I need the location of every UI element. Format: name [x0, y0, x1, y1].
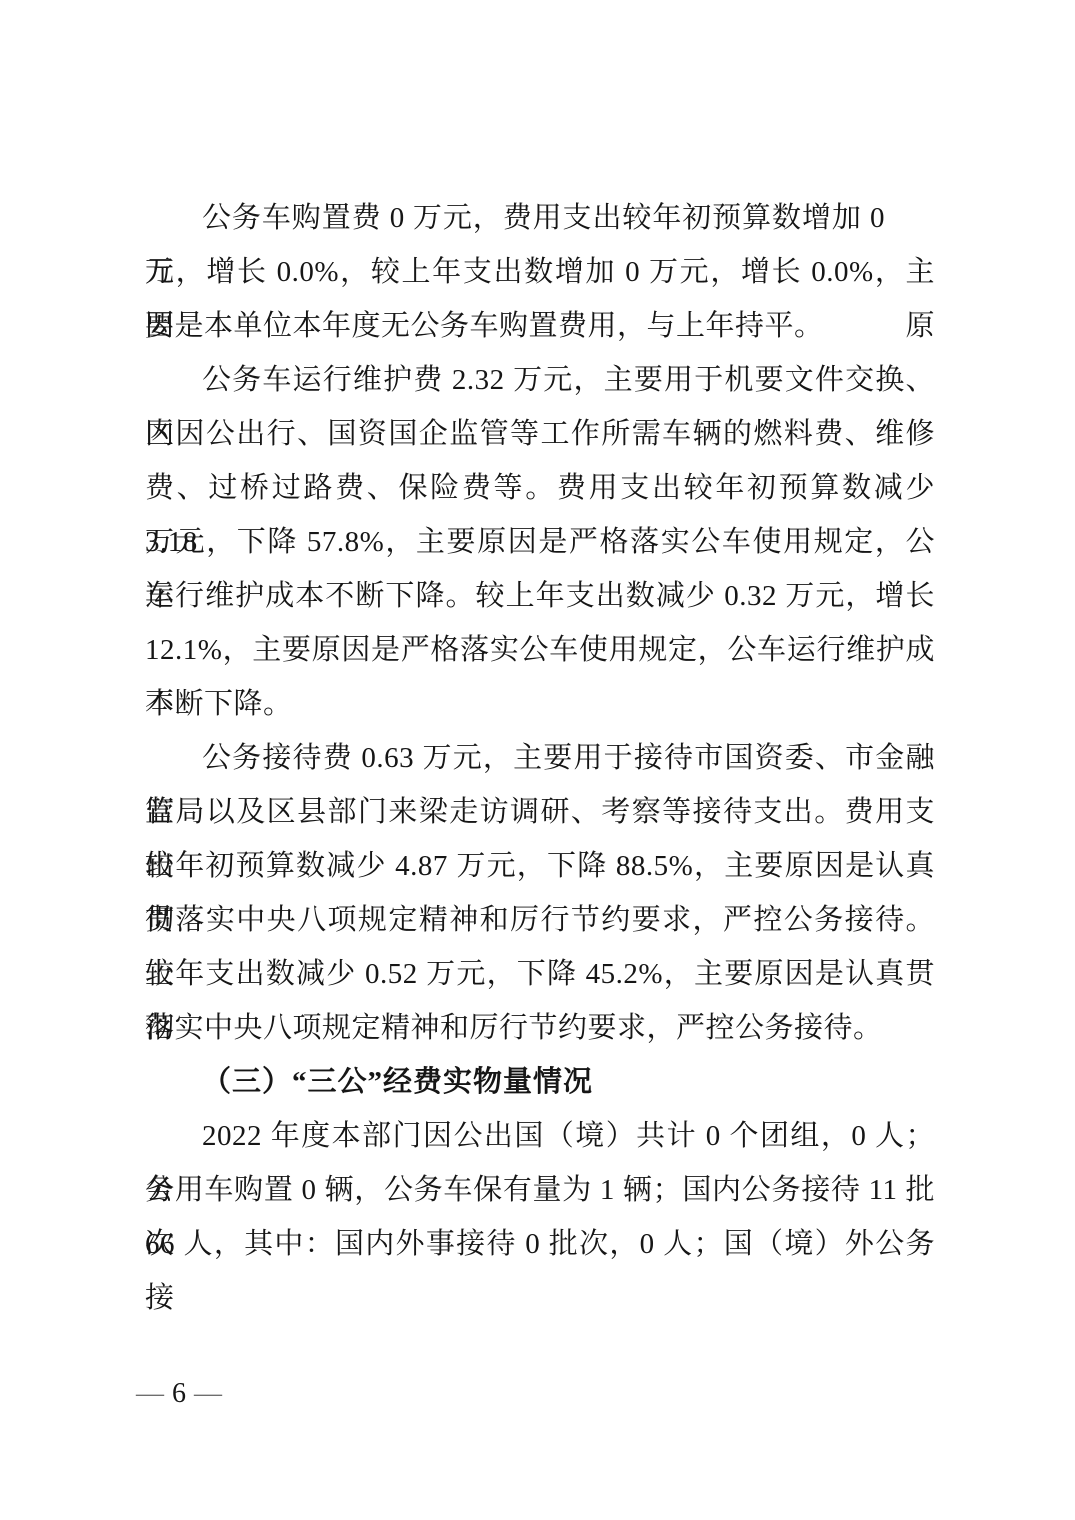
- paragraph-1-line-1: 公务车购置费 0 万元，费用支出较年初预算数增加 0 万: [145, 191, 935, 245]
- paragraph-2-line-6: 12.1%，主要原因是严格落实公车使用规定，公车运行维护成本: [145, 623, 935, 677]
- paragraph-1-line-3: 因是本单位本年度无公务车购置费用，与上年持平。: [145, 299, 935, 353]
- paragraph-3-line-4: 彻落实中央八项规定精神和厉行节约要求，严控公务接待。较: [145, 893, 935, 947]
- paragraph-4-line-2: 务用车购置 0 辆，公务车保有量为 1 辆；国内公务接待 11 批次: [145, 1163, 935, 1217]
- paragraph-4-line-3: 66 人，其中：国内外事接待 0 批次，0 人；国（境）外公务接: [145, 1217, 935, 1271]
- page-footer: —6—: [136, 1374, 222, 1414]
- paragraph-3-line-2: 管局以及区县部门来梁走访调研、考察等接待支出。费用支出: [145, 785, 935, 839]
- paragraph-3-line-1: 公务接待费 0.63 万元，主要用于接待市国资委、市金融监: [145, 731, 935, 785]
- paragraph-3-line-5: 上年支出数减少 0.52 万元，下降 45.2%，主要原因是认真贯彻: [145, 947, 935, 1001]
- footer-dash-right: —: [194, 1378, 222, 1409]
- paragraph-3-line-3: 较年初预算数减少 4.87 万元，下降 88.5%，主要原因是认真贯: [145, 839, 935, 893]
- paragraph-2-line-4: 万元，下降 57.8%，主要原因是严格落实公车使用规定，公车: [145, 515, 935, 569]
- footer-dash-left: —: [136, 1378, 164, 1409]
- section-heading: （三）“三公”经费实物量情况: [145, 1055, 935, 1109]
- paragraph-2-line-7: 不断下降。: [145, 677, 935, 731]
- document-page: 公务车购置费 0 万元，费用支出较年初预算数增加 0 万 元，增长 0.0%，较…: [0, 0, 1075, 1520]
- page-number: 6: [172, 1378, 186, 1409]
- paragraph-2-line-5: 运行维护成本不断下降。较上年支出数减少 0.32 万元，增长: [145, 569, 935, 623]
- paragraph-4-line-1: 2022 年度本部门因公出国（境）共计 0 个团组，0 人；公: [145, 1109, 935, 1163]
- paragraph-2-line-3: 费、过桥过路费、保险费等。费用支出较年初预算数减少 3.18: [145, 461, 935, 515]
- paragraph-1-line-2: 元，增长 0.0%，较上年支出数增加 0 万元，增长 0.0%，主要原: [145, 245, 935, 299]
- paragraph-3-line-6: 落实中央八项规定精神和厉行节约要求，严控公务接待。: [145, 1001, 935, 1055]
- paragraph-2-line-1: 公务车运行维护费 2.32 万元，主要用于机要文件交换、区: [145, 353, 935, 407]
- paragraph-2-line-2: 内因公出行、国资国企监管等工作所需车辆的燃料费、维修: [145, 407, 935, 461]
- document-body: 公务车购置费 0 万元，费用支出较年初预算数增加 0 万 元，增长 0.0%，较…: [145, 191, 935, 1271]
